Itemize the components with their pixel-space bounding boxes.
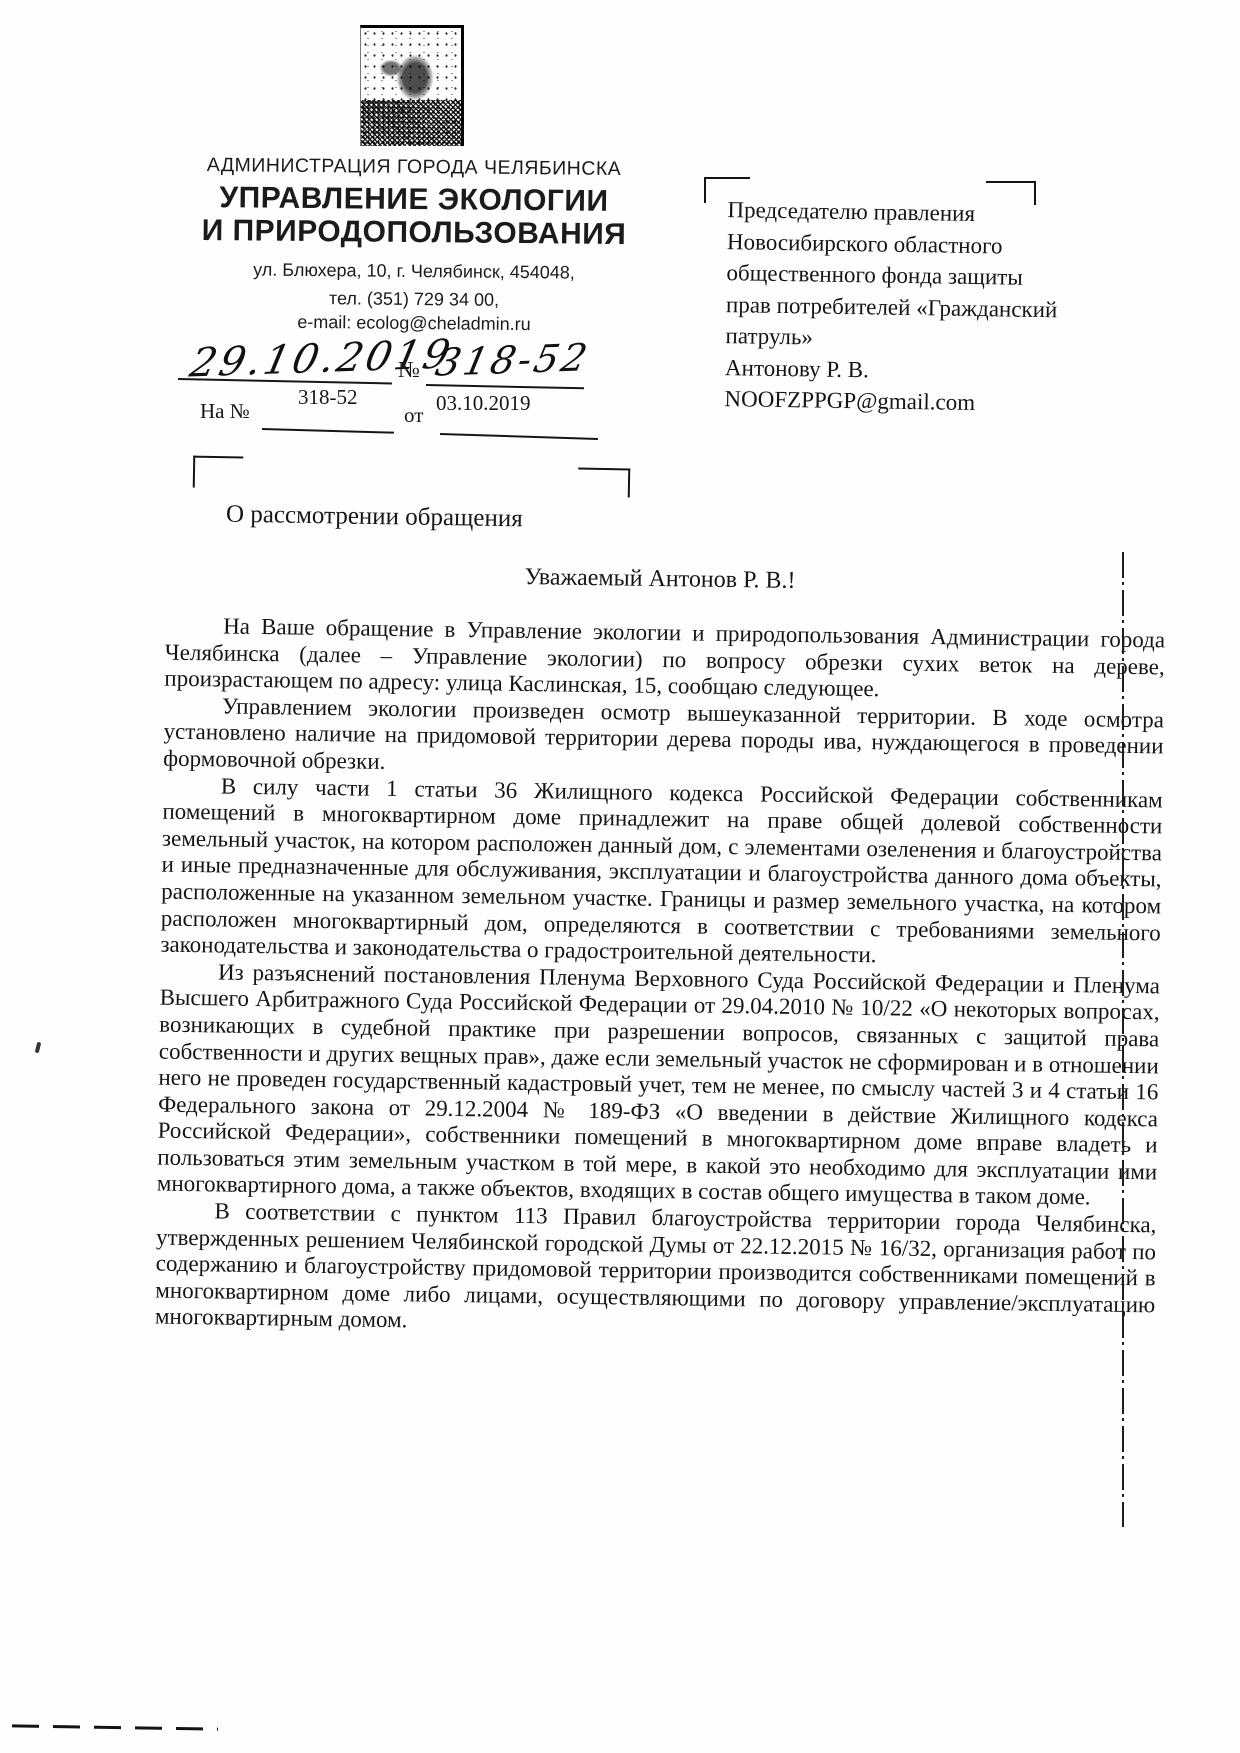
typed-outgoing-number: 318-52	[298, 385, 358, 410]
scanned-letter-page: АДМИНИСТРАЦИЯ ГОРОДА ЧЕЛЯБИНСКА УПРАВЛЕН…	[0, 0, 1240, 1753]
recipient-email: NOOFZPPGP@gmail.com	[724, 383, 1092, 420]
incoming-date-label: от	[404, 403, 423, 428]
incoming-number-blank-line	[262, 428, 394, 434]
incoming-number-label: На №	[200, 399, 250, 424]
department-name-line2: И ПРИРОДОПОЛЬЗОВАНИЯ	[188, 214, 640, 252]
bottom-fold-dashes	[12, 1724, 218, 1730]
subject-line: О рассмотрении обращения	[226, 501, 523, 534]
body-paragraph: Из разъяснений постановления Пленума Вер…	[157, 958, 1160, 1212]
letterhead-address: ул. Блюхера, 10, г. Челябинск, 454048,	[188, 259, 640, 284]
scan-speck	[35, 1042, 42, 1054]
typed-outgoing-date: 03.10.2019	[436, 391, 531, 416]
letter-body: На Ваше обращение в Управление экологии …	[155, 613, 1166, 1346]
handwritten-outgoing-number: 318-52	[432, 335, 594, 384]
number-underline	[426, 384, 584, 389]
recipient-block: Председателю правления Новосибирского об…	[724, 194, 1095, 420]
body-paragraph: Управлением экологии произведен осмотр в…	[163, 692, 1164, 787]
coat-of-arms-logo	[360, 25, 464, 146]
letterhead-phone: тел. (351) 729 34 00,	[188, 287, 640, 312]
incoming-date-blank-line	[440, 433, 598, 440]
authority-name: АДМИНИСТРАЦИЯ ГОРОДА ЧЕЛЯБИНСКА	[188, 154, 640, 181]
body-paragraph: В соответствии с пунктом 113 Правил благ…	[155, 1198, 1157, 1346]
department-name-line1: УПРАВЛЕНИЕ ЭКОЛОГИИ	[188, 181, 640, 219]
vertical-fold-mark	[1122, 552, 1124, 1527]
subject-corner-mark-left	[193, 456, 244, 489]
number-sign-label: №	[398, 357, 420, 383]
salutation: Уважаемый Антонов Р. В.!	[160, 559, 1160, 600]
subject-corner-mark-right	[578, 468, 630, 498]
body-paragraph: В силу части 1 статьи 36 Жилищного кодек…	[160, 772, 1163, 973]
body-paragraph: На Ваше обращение в Управление экологии …	[164, 613, 1165, 708]
recipient-line: Председателю правления	[727, 194, 1095, 231]
recipient-line: патруль»	[725, 320, 1093, 357]
recipient-line: общественного фонда защиты	[726, 257, 1094, 294]
